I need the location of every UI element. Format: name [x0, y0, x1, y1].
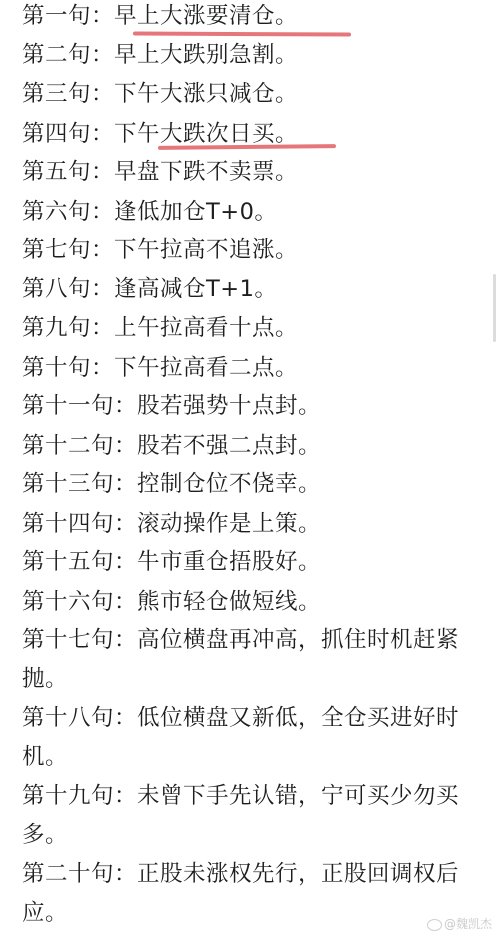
line-text: 早上大涨要清仓。 [114, 1, 298, 31]
line-label: 第六句： [22, 197, 114, 227]
line-label: 第十三句： [22, 469, 137, 499]
line-6: 第六句：逢低加仓T+0。 [22, 197, 277, 227]
line-text-continued: 多。 [22, 820, 68, 850]
line-label: 第十五句： [22, 547, 137, 577]
line-2: 第二句： 早上大跌别急割。 [22, 40, 298, 70]
line-text: 未曾下手先认错，宁可买少勿买 [137, 781, 459, 811]
line-10: 第十句：下午拉高看二点。 [22, 353, 298, 383]
line-text-continued: 抛。 [22, 664, 68, 694]
line-text: 牛市重仓捂股好。 [137, 547, 321, 577]
line-text: 滚动操作是上策。 [137, 509, 321, 539]
line-text: 控制仓位不侥幸。 [137, 469, 321, 499]
line-label: 第十一句： [22, 391, 137, 421]
line-text: 逢低加仓T+0。 [114, 197, 277, 227]
line-text: 下午拉高不追涨。 [114, 235, 298, 265]
line-label: 第十七句： [22, 625, 137, 655]
line-label: 第二句： [22, 40, 114, 70]
line-12: 第十二句：股若不强二点封。 [22, 431, 321, 461]
line-19-cont: 多。 [22, 820, 68, 850]
line-14: 第十四句：滚动操作是上策。 [22, 509, 321, 539]
line-8: 第八句：逢高减仓T+1。 [22, 274, 277, 304]
line-7: 第七句：下午拉高不追涨。 [22, 235, 298, 265]
line-label: 第十句： [22, 353, 114, 383]
line-17: 第十七句：高位横盘再冲高，抓住时机赶紧 [22, 625, 459, 655]
line-label: 第五句： [22, 157, 114, 187]
line-17-cont: 抛。 [22, 664, 68, 694]
line-text: 股若强势十点封。 [137, 391, 321, 421]
line-5: 第五句：早盘下跌不卖票。 [22, 157, 298, 187]
line-20: 第二十句：正股未涨权先行，正股回调权后 [22, 859, 459, 889]
line-label: 第九句： [22, 313, 114, 343]
line-18-cont: 机。 [22, 742, 68, 772]
line-18: 第十八句：低位横盘又新低，全仓买进好时 [22, 703, 459, 733]
line-text: 下午拉高看二点。 [114, 353, 298, 383]
line-15: 第十五句：牛市重仓捂股好。 [22, 547, 321, 577]
line-1: 第一句： 早上大涨要清仓。 [22, 1, 298, 31]
line-label: 第十六句： [22, 587, 137, 617]
line-text: 早上大跌别急割。 [114, 40, 298, 70]
line-text: 熊市轻仓做短线。 [137, 587, 321, 617]
line-text: 高位横盘再冲高，抓住时机赶紧 [137, 625, 459, 655]
line-19: 第十九句：未曾下手先认错，宁可买少勿买 [22, 781, 459, 811]
line-11: 第十一句：股若强势十点封。 [22, 391, 321, 421]
line-3: 第三句：下午大涨只减仓。 [22, 79, 298, 109]
line-label: 第十二句： [22, 431, 137, 461]
scrollbar[interactable] [493, 274, 496, 342]
line-text: 下午大涨只减仓。 [114, 79, 298, 109]
line-label: 第八句： [22, 274, 114, 304]
highlight-underline-4 [158, 144, 336, 150]
line-label: 第二十句： [22, 859, 137, 889]
line-label: 第四句： [22, 119, 114, 149]
line-text-continued: 机。 [22, 742, 68, 772]
line-text: 早盘下跌不卖票。 [114, 157, 298, 187]
line-text-continued: 应。 [22, 898, 68, 928]
line-label: 第十八句： [22, 703, 137, 733]
line-text: 逢高减仓T+1。 [114, 274, 277, 304]
line-20-cont: 应。 [22, 898, 68, 928]
line-label: 第七句： [22, 235, 114, 265]
line-text: 股若不强二点封。 [137, 431, 321, 461]
line-9: 第九句：上午拉高看十点。 [22, 313, 298, 343]
watermark: @魏凯杰 [427, 915, 492, 932]
line-label: 第一句： [22, 1, 114, 31]
line-text: 上午拉高看十点。 [114, 313, 298, 343]
watermark-text: @魏凯杰 [444, 917, 492, 931]
line-label: 第十九句： [22, 781, 137, 811]
line-label: 第十四句： [22, 509, 137, 539]
line-text: 低位横盘又新低，全仓买进好时 [137, 703, 459, 733]
line-text: 正股未涨权先行，正股回调权后 [137, 859, 459, 889]
highlight-underline-1 [133, 31, 351, 36]
line-label: 第三句： [22, 79, 114, 109]
line-16: 第十六句：熊市轻仓做短线。 [22, 587, 321, 617]
weibo-logo-icon [427, 919, 442, 931]
line-13: 第十三句：控制仓位不侥幸。 [22, 469, 321, 499]
